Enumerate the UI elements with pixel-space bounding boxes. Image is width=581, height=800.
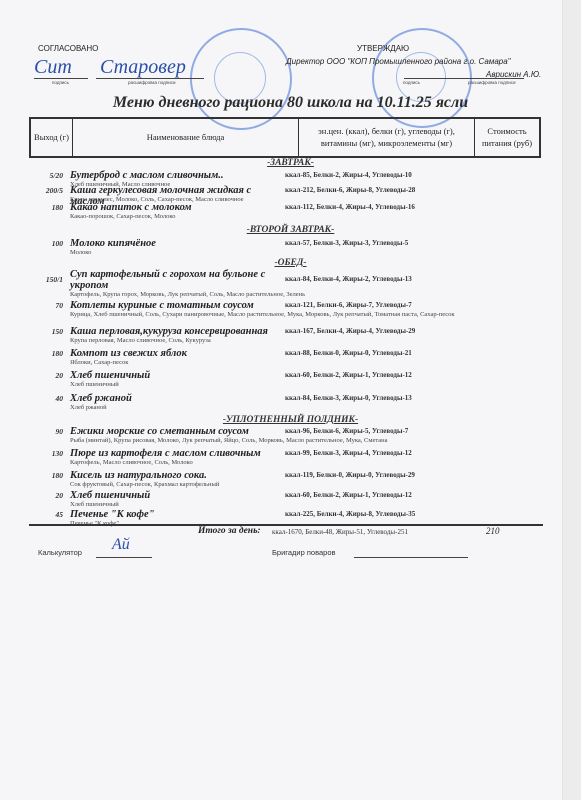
dish-nutrition: ккал-60, Белки-2, Жиры-1, Углеводы-12 [285, 371, 412, 379]
dish-name: Хлеб ржаной [70, 393, 280, 404]
dish-ingredients: Рыба (минтай), Крупа рисовая, Молоко, Лу… [70, 437, 530, 445]
dish-ingredients: Сок фруктовый, Сахар-песок, Крахмал карт… [70, 481, 530, 489]
approve-label: УТВЕРЖДАЮ [357, 44, 409, 53]
dish-yield: 5/20 [29, 171, 63, 180]
dish-yield: 180 [29, 203, 63, 212]
dish-name: Хлеб пшеничный [70, 490, 280, 501]
calculator-label: Калькулятор [38, 548, 82, 557]
agreed-signature-caption: подпись [52, 80, 69, 85]
dish-ingredients: Крупа перловая, Масло сливочное, Соль, К… [70, 337, 530, 345]
dish-ingredients: Хлеб ржаной [70, 404, 530, 412]
dish-name: Каша перловая,кукуруза консервированная [70, 326, 280, 337]
dish-name: Какао напиток с молоком [70, 202, 280, 213]
agreed-signature-decoding: Старовер [100, 56, 186, 79]
header-nutrition: эн.цен. (ккал), белки (г), углеводы (г),… [299, 119, 475, 156]
section-title: -ОБЕД- [0, 258, 581, 268]
dish-yield: 200/5 [29, 186, 63, 195]
dish-yield: 90 [29, 427, 63, 436]
dish-nutrition: ккал-60, Белки-2, Жиры-1, Углеводы-12 [285, 491, 412, 499]
dish-name: Суп картофельный с горохом на бульоне с … [70, 269, 280, 291]
dish-name: Печенье "К кофе" [70, 509, 280, 520]
dish-yield: 130 [29, 449, 63, 458]
section-title: -УПЛОТНЕННЫЙ ПОЛДНИК- [0, 415, 581, 425]
header-yield: Выход (г) [31, 119, 73, 156]
dish-name: Компот из свежих яблок [70, 348, 280, 359]
dish-ingredients: Яблоки, Сахар-песок [70, 359, 530, 367]
dish-ingredients: Курица, Хлеб пшеничный, Соль, Сухари пан… [70, 311, 530, 319]
approve-signature-line [404, 78, 524, 79]
dish-yield: 100 [29, 239, 63, 248]
dish-name: Кисель из натурального сока. [70, 470, 280, 481]
director-title: Директор ООО "КОП Промышленного района г… [286, 57, 511, 66]
section-title: -ВТОРОЙ ЗАВТРАК- [0, 225, 581, 235]
dish-nutrition: ккал-99, Белки-3, Жиры-4, Углеводы-12 [285, 449, 412, 457]
dish-nutrition: ккал-119, Белки-0, Жиры-0, Углеводы-29 [285, 471, 415, 479]
dish-name: Котлеты куриные с томатным соусом [70, 300, 280, 311]
table-header: Выход (г) Наименование блюда эн.цен. (кк… [29, 117, 541, 158]
agreed-label: СОГЛАСОВАНО [38, 44, 98, 53]
dish-yield: 180 [29, 349, 63, 358]
dish-name: Ежики морские со сметанным соусом [70, 426, 280, 437]
agreed-decoding-caption: расшифровка подписи [128, 80, 175, 85]
calculator-signature: Ай [112, 536, 130, 554]
totals-cost: 210 [486, 526, 500, 536]
dish-ingredients: Хлеб пшеничный [70, 381, 530, 389]
totals-nutrition: ккал-1670, Белки-48, Жиры-51, Углеводы-2… [272, 528, 408, 536]
dish-nutrition: ккал-167, Белки-4, Жиры-4, Углеводы-29 [285, 327, 415, 335]
dish-name: Молоко кипячёное [70, 238, 280, 249]
dish-nutrition: ккал-96, Белки-6, Жиры-5, Углеводы-7 [285, 427, 408, 435]
agreed-signature-line [34, 78, 88, 79]
chef-label: Бригадир поваров [272, 548, 335, 557]
section-title: -ЗАВТРАК- [0, 158, 581, 168]
dish-nutrition: ккал-84, Белки-4, Жиры-2, Углеводы-13 [285, 275, 412, 283]
dish-yield: 45 [29, 510, 63, 519]
dish-nutrition: ккал-121, Белки-6, Жиры-7, Углеводы-7 [285, 301, 412, 309]
page-edge [562, 0, 581, 800]
calculator-signature-line [96, 557, 152, 558]
dish-yield: 20 [29, 491, 63, 500]
totals-rule [29, 524, 543, 526]
dish-yield: 180 [29, 471, 63, 480]
agreed-signature: Сит [34, 56, 72, 79]
header-cost: Стоимость питания (руб) [475, 119, 539, 156]
dish-ingredients: Молоко [70, 249, 530, 257]
dish-name: Пюре из картофеля с маслом сливочным [70, 448, 280, 459]
dish-name: Хлеб пшеничный [70, 370, 280, 381]
dish-yield: 40 [29, 394, 63, 403]
header-dish: Наименование блюда [73, 119, 299, 156]
dish-nutrition: ккал-85, Белки-2, Жиры-4, Углеводы-10 [285, 171, 412, 179]
totals-label: Итого за день: [198, 526, 261, 536]
dish-nutrition: ккал-88, Белки-0, Жиры-0, Углеводы-21 [285, 349, 412, 357]
dish-nutrition: ккал-225, Белки-4, Жиры-8, Углеводы-35 [285, 510, 415, 518]
agreed-decoding-line [96, 78, 204, 79]
dish-nutrition: ккал-112, Белки-4, Жиры-4, Углеводы-16 [285, 203, 415, 211]
dish-ingredients: Какао-порошок, Сахар-песок, Молоко [70, 213, 530, 221]
dish-nutrition: ккал-84, Белки-3, Жиры-0, Углеводы-13 [285, 394, 412, 402]
dish-ingredients: Картофель, Крупа горох, Морковь, Лук реп… [70, 291, 530, 299]
dish-name: Бутерброд с маслом сливочным.. [70, 170, 280, 181]
chef-signature-line [354, 557, 468, 558]
approve-signature-caption: подпись [403, 80, 420, 85]
dish-yield: 20 [29, 371, 63, 380]
dish-ingredients: Картофель, Масло сливочное, Соль, Молоко [70, 459, 530, 467]
dish-yield: 150 [29, 327, 63, 336]
dish-yield: 70 [29, 301, 63, 310]
approve-decoding-caption: расшифровка подписи [468, 80, 515, 85]
dish-ingredients: Хлеб пшеничный [70, 501, 530, 509]
dish-nutrition: ккал-57, Белки-3, Жиры-3, Углеводы-5 [285, 239, 408, 247]
dish-yield: 150/1 [29, 275, 63, 284]
menu-title: Меню дневного рациона 80 школа на 10.11.… [0, 94, 581, 112]
dish-nutrition: ккал-212, Белки-6, Жиры-8, Углеводы-28 [285, 186, 415, 194]
